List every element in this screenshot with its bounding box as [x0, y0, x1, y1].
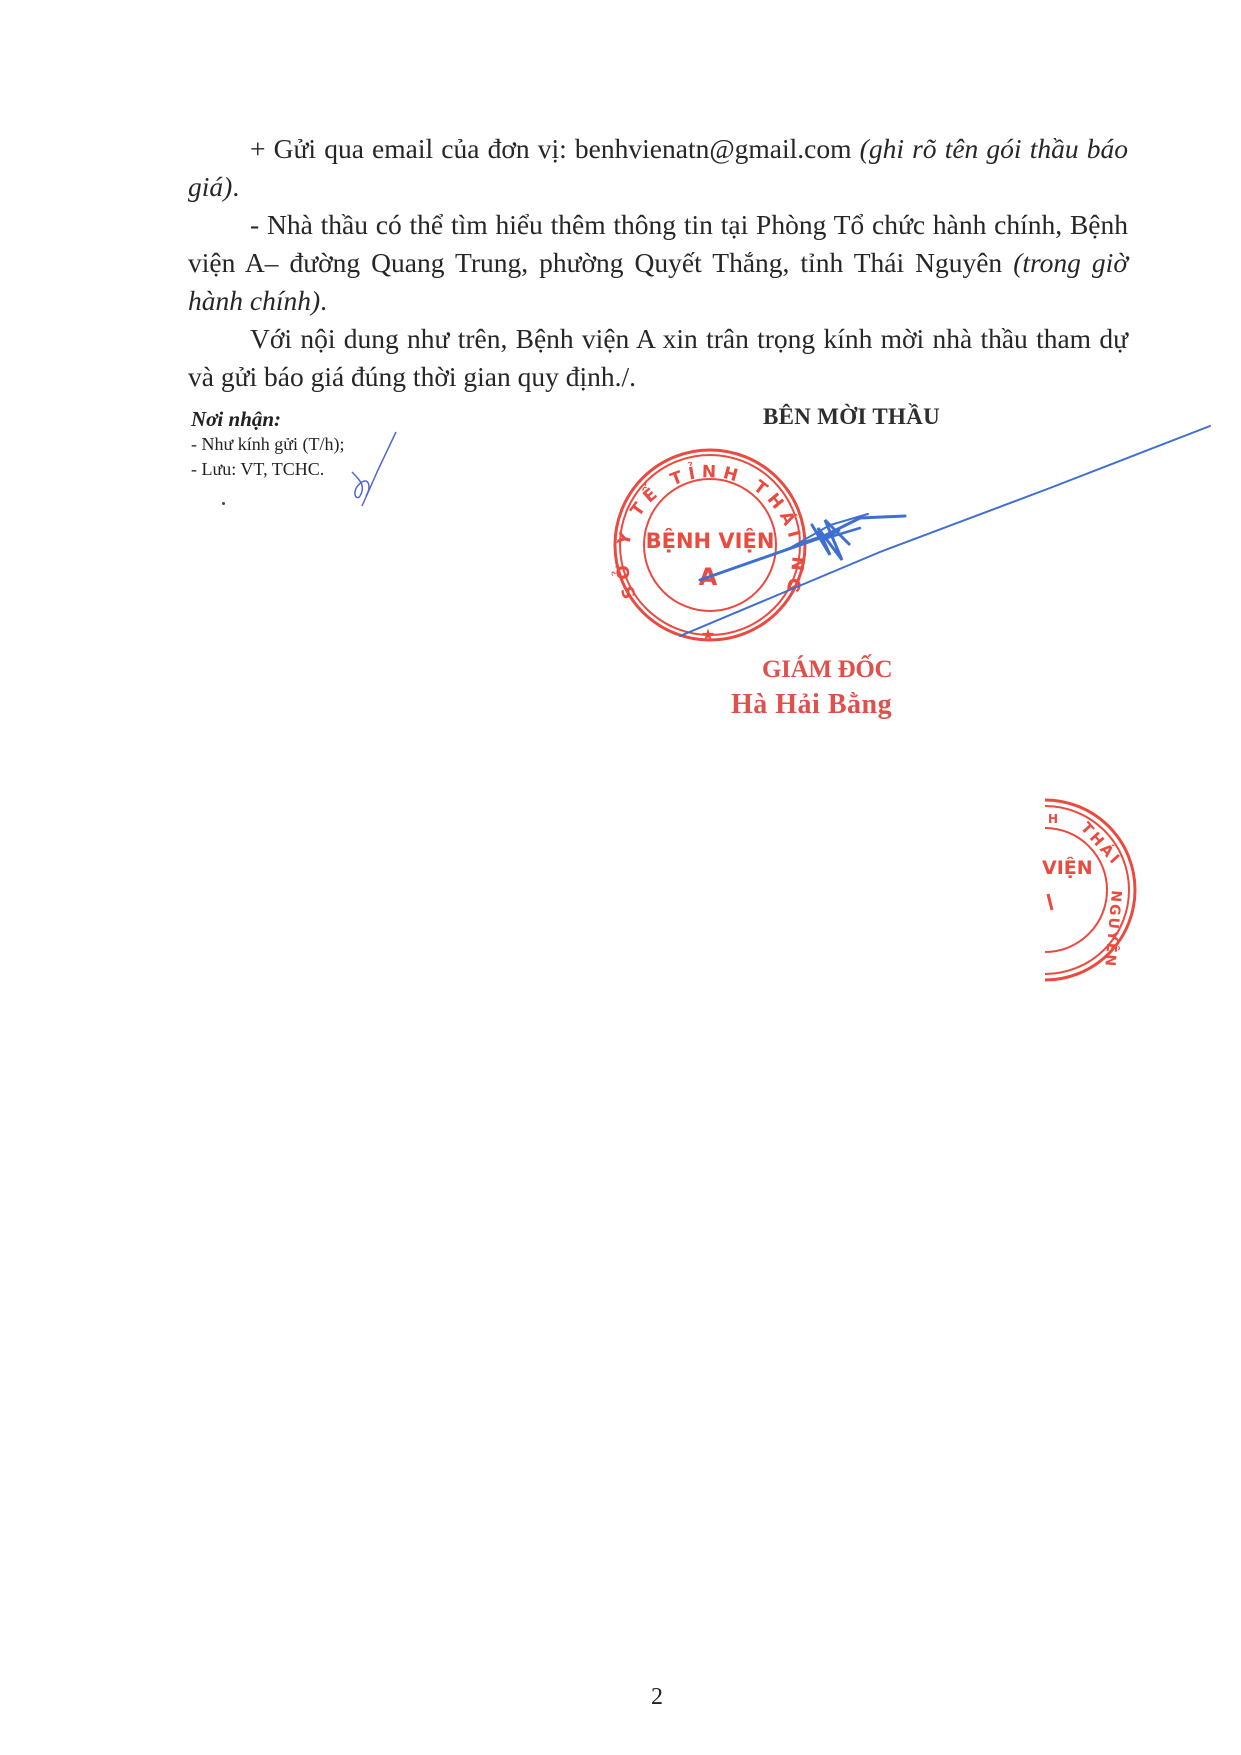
svg-text:★: ★ — [701, 625, 715, 644]
partial-stamp: H THÁI VIỆN NGUYÊN — [1042, 800, 1135, 980]
stamp-center-line1: BỆNH VIỆN — [646, 527, 775, 553]
partial-stamp-h: H — [1048, 812, 1058, 826]
stamp-outer-text: SỞ Y TẾ TỈNH THÁI NGUYÊN — [0, 0, 808, 601]
hospital-stamp: SỞ Y TẾ TỈNH THÁI NGUYÊN BỆNH VIỆN A ★ — [0, 0, 808, 644]
svg-text:SỞ Y TẾ TỈNH THÁI NGUYÊN: SỞ Y TẾ TỈNH THÁI NGUYÊN — [0, 0, 808, 601]
stamps-and-signature: SỞ Y TẾ TỈNH THÁI NGUYÊN BỆNH VIỆN A ★ H… — [0, 0, 1241, 1755]
page-number: 2 — [651, 1684, 663, 1711]
initial-mark — [352, 432, 396, 506]
partial-stamp-vien: VIỆN — [1042, 855, 1093, 879]
svg-text:NGUYÊN: NGUYÊN — [1101, 890, 1125, 969]
